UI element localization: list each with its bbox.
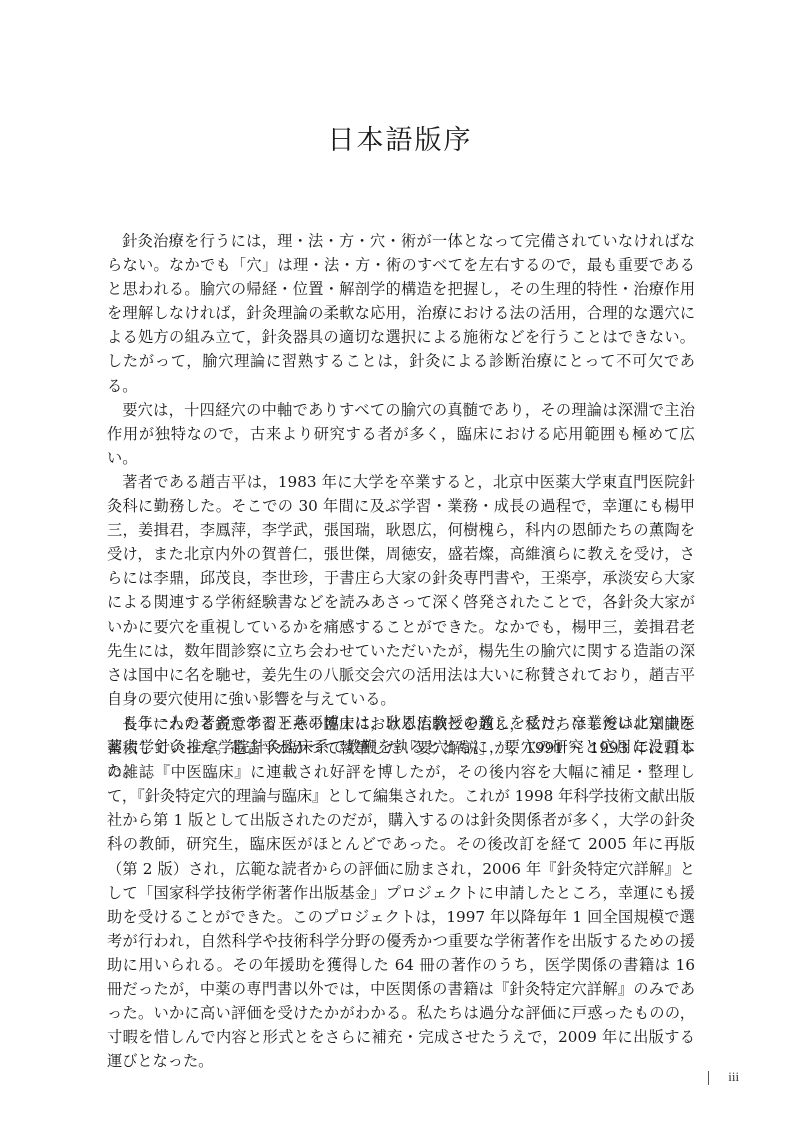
footer-divider [708, 1071, 709, 1085]
page-footer: iii [708, 1069, 739, 1085]
preface-section-1: 針灸治療を行うには，理・法・方・穴・術が一体となって完備されていなければならない… [107, 229, 695, 783]
page-title: 日本語版序 [0, 118, 800, 157]
paragraph: 著者である趙吉平は，1983 年に大学を卒業すると，北京中医薬大学東直門医院針灸… [107, 470, 695, 711]
page-number: iii [728, 1069, 739, 1084]
preface-section-2: 長年にわたる鋭意学習とその臨床における治験とを通し，私たちはしだいに知識を蓄積し… [107, 712, 695, 1073]
paragraph: 要穴は，十四経穴の中軸でありすべての腧穴の真髄であり，その理論は深淵で主治作用が… [107, 398, 695, 470]
paragraph: 針灸治療を行うには，理・法・方・穴・術が一体となって完備されていなければならない… [107, 229, 695, 398]
paragraph: 長年にわたる鋭意学習とその臨床における治験とを通し，私たちはしだいに知識を蓄積し… [107, 712, 695, 1073]
